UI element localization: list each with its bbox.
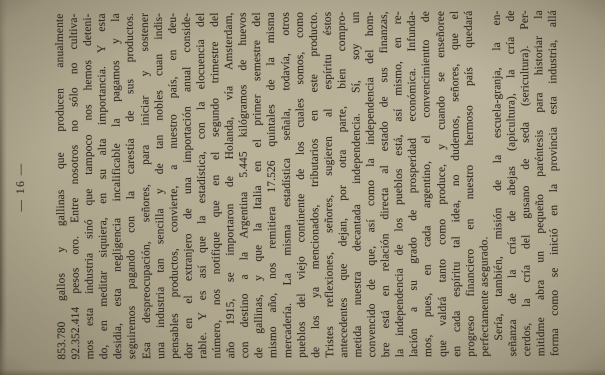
page-number: — 16 — — [13, 14, 29, 360]
scan-edge-shadow-left — [0, 0, 7, 375]
rotated-page-content: — 16 — 853.780 gallos y gallinas que pro… — [13, 10, 565, 360]
scanned-book-page: — 16 — 853.780 gallos y gallinas que pro… — [0, 0, 605, 375]
scan-edge-shadow-bottom — [0, 369, 605, 375]
text-line: forma como se inició en la provincia est… — [546, 10, 563, 356]
body-text: 853.780 gallos y gallinas que producen a… — [53, 10, 563, 360]
text-line: progreso financiero en nuestro hermoso p… — [462, 11, 479, 357]
